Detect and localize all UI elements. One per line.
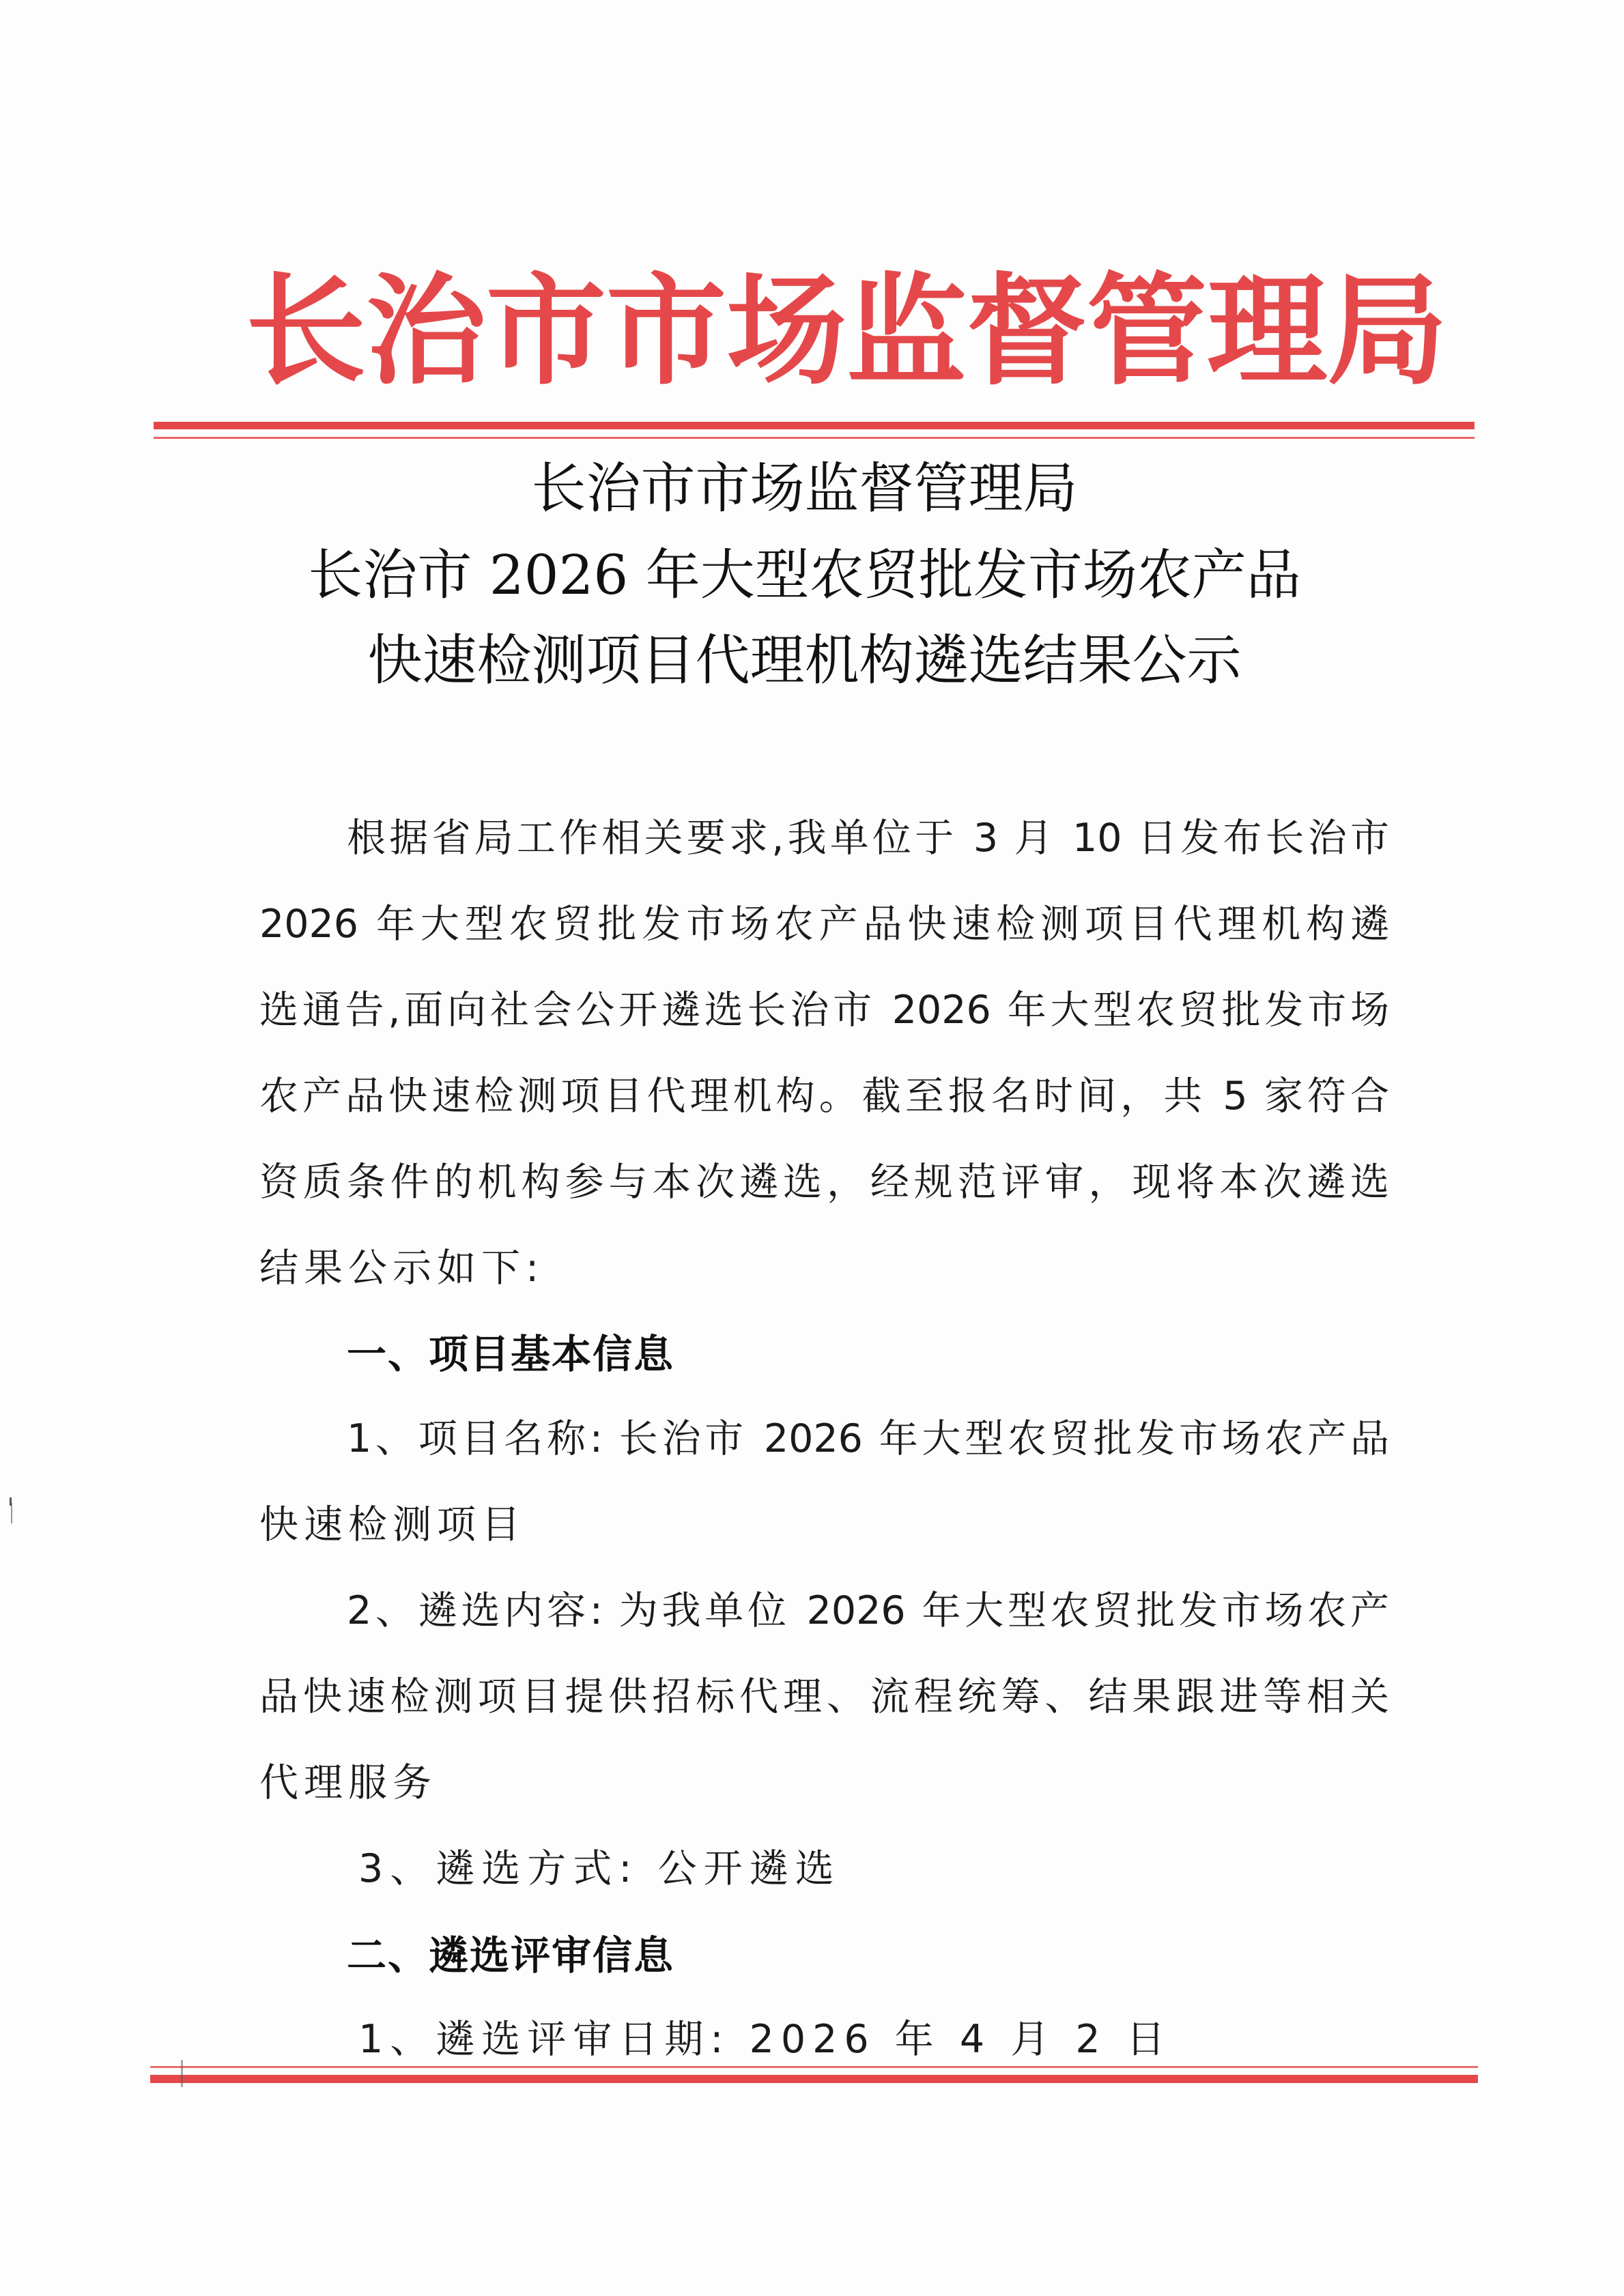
letterhead-char: 管 bbox=[1087, 271, 1207, 391]
intro-line: 根据省局工作相关要求,我单位于 3 月 10 日发布长治市 bbox=[347, 819, 1389, 858]
intro-line: 资质条件的机构参与本次遴选，经规范评审，现将本次遴选 bbox=[259, 1163, 1389, 1202]
project-name-line: 1、项目名称: 长治市 2026 年大型农贸批发市场农产品 bbox=[347, 1420, 1389, 1459]
project-name-line: 快速检测项目 bbox=[259, 1506, 1389, 1545]
intro-line: 2026 年大型农贸批发市场农产品快速检测项目代理机构遴 bbox=[259, 905, 1389, 944]
section-heading-review-info: 二、遴选评审信息 bbox=[347, 1936, 674, 1975]
letterhead-rule-thick bbox=[154, 422, 1475, 429]
scan-artifact bbox=[11, 1503, 12, 1523]
letterhead-char: 场 bbox=[726, 271, 846, 391]
letterhead-char: 督 bbox=[967, 271, 1087, 391]
letterhead-char: 局 bbox=[1327, 271, 1447, 391]
footer-rule-thin bbox=[150, 2066, 1478, 2068]
letterhead-char: 长 bbox=[246, 271, 366, 391]
document-title-line-2: 长治市 2026 年大型农贸批发市场农产品 bbox=[0, 548, 1616, 603]
document-title-line-1: 长治市市场监督管理局 bbox=[0, 461, 1616, 516]
letterhead-org-name: 长 治 市 市 场 监 督 管 理 局 bbox=[246, 253, 1393, 410]
letterhead-rule-thin bbox=[154, 437, 1475, 439]
document-title-line-3: 快速检测项目代理机构遴选结果公示 bbox=[0, 633, 1616, 688]
letterhead-char: 理 bbox=[1207, 271, 1327, 391]
scan-artifact bbox=[181, 2060, 183, 2087]
intro-line: 选通告,面向社会公开遴选长治市 2026 年大型农贸批发市场 bbox=[259, 991, 1389, 1030]
footer-rule-thick bbox=[150, 2075, 1478, 2083]
review-date-line: 1、遴选评审日期: 2026 年 4 月 2 日 bbox=[358, 2020, 1172, 2059]
section-heading-project-info: 一、项目基本信息 bbox=[347, 1334, 674, 1374]
selection-content-line: 2、遴选内容: 为我单位 2026 年大型农贸批发市场农产 bbox=[347, 1592, 1389, 1631]
selection-method-line: 3、遴选方式: 公开遴选 bbox=[358, 1850, 841, 1889]
letterhead-char: 市 bbox=[486, 271, 606, 391]
selection-content-line: 品快速检测项目提供招标代理、流程统筹、结果跟进等相关 bbox=[259, 1678, 1389, 1717]
intro-line: 农产品快速检测项目代理机构。截至报名时间，共 5 家符合 bbox=[259, 1077, 1389, 1116]
letterhead-char: 治 bbox=[366, 271, 486, 391]
intro-line: 结果公示如下: bbox=[259, 1249, 1389, 1288]
selection-content-line: 代理服务 bbox=[259, 1764, 1389, 1803]
document-page: 长 治 市 市 场 监 督 管 理 局 长治市市场监督管理局 长治市 2026 … bbox=[0, 0, 1624, 2296]
letterhead-char: 监 bbox=[846, 271, 967, 391]
letterhead-char: 市 bbox=[606, 271, 726, 391]
